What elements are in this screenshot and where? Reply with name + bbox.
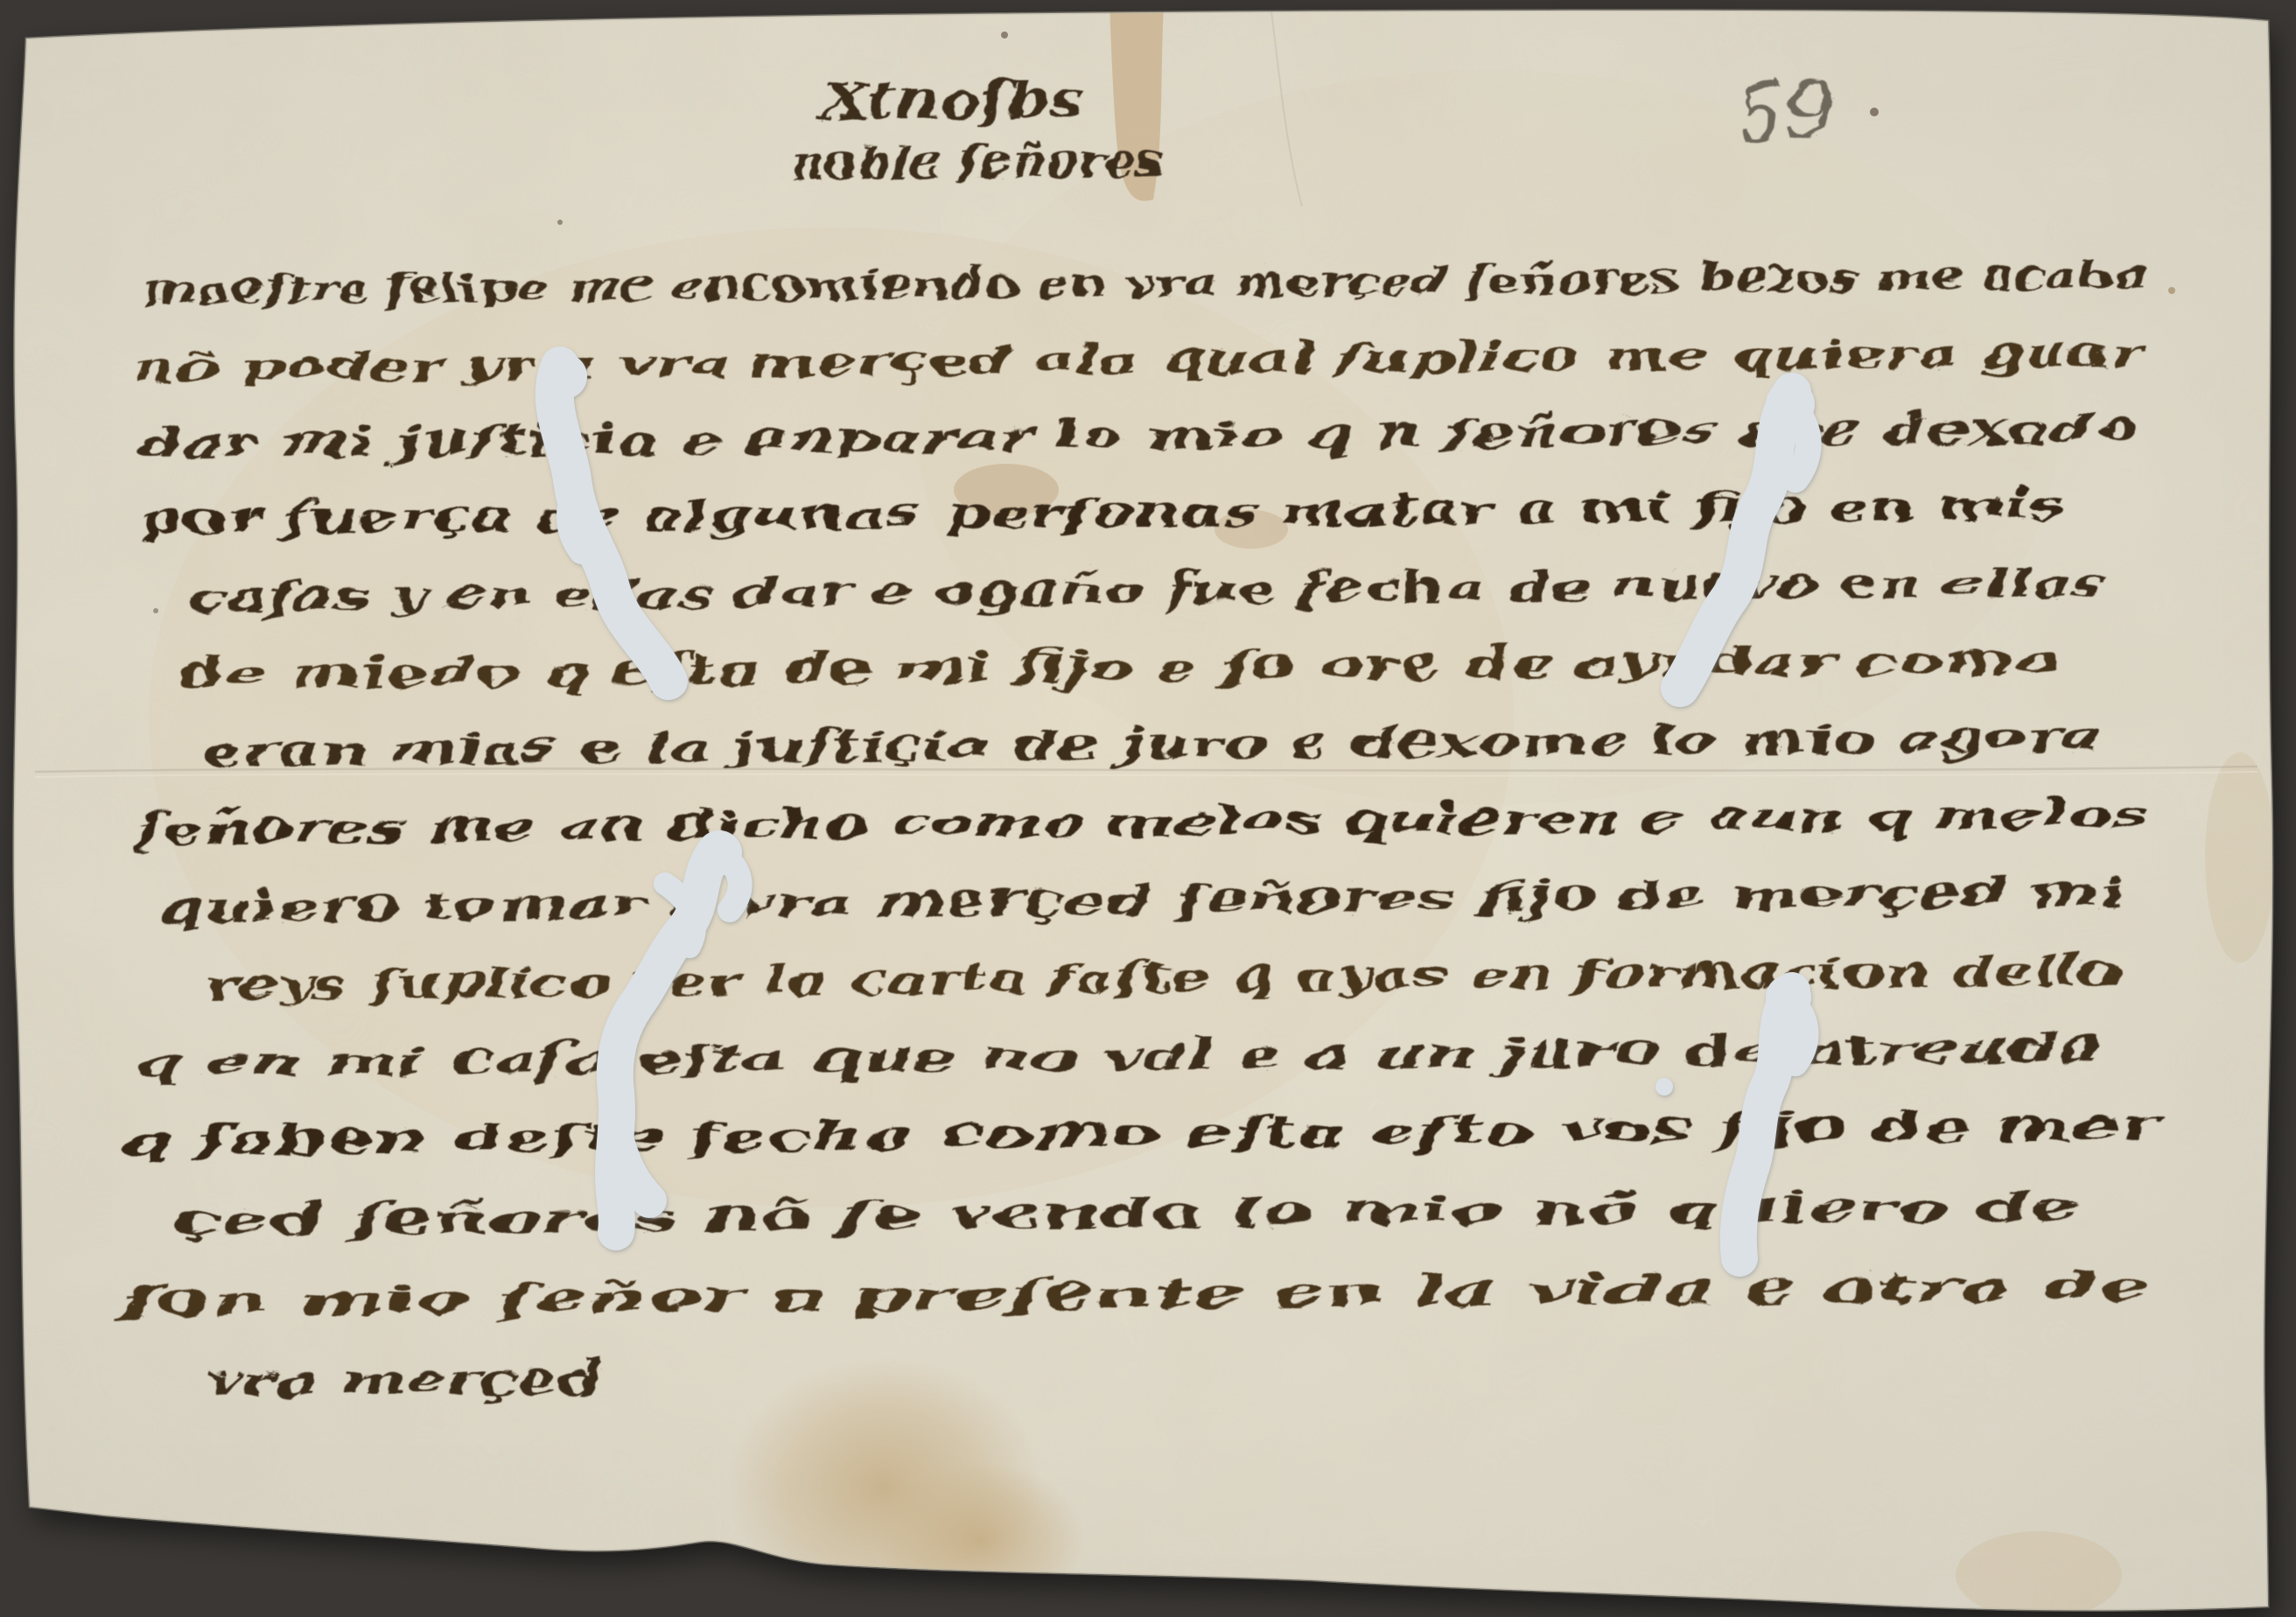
speck xyxy=(153,608,158,613)
salutation-line-2: noble ſeñores xyxy=(787,130,1158,185)
speck xyxy=(1870,108,1879,116)
speck xyxy=(2168,287,2175,294)
folio-number: 59 xyxy=(1730,58,1836,157)
salutation-line-1: Xtnoſbs xyxy=(813,66,1080,127)
manuscript-scan: Xtnoſbs noble ſeñores 59 maeſtre felipe … xyxy=(0,0,2296,1617)
manuscript-line-15: vra merçed xyxy=(204,1349,598,1406)
speck xyxy=(1001,31,1008,38)
manuscript-photo: Xtnoſbs noble ſeñores 59 maeſtre felipe … xyxy=(0,0,2296,1617)
speck xyxy=(557,220,563,225)
